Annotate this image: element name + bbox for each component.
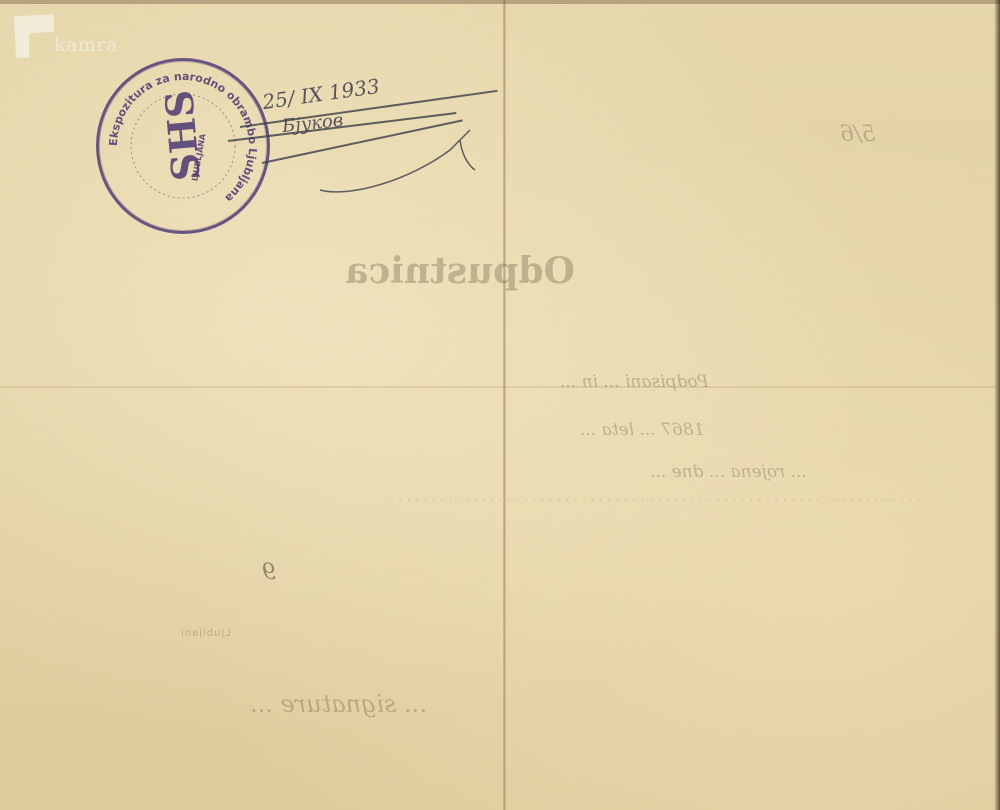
- vertical-fold-line: [503, 0, 506, 810]
- kamra-watermark: kamra: [14, 14, 74, 59]
- bleed-signature: ... signature ...: [250, 690, 427, 718]
- paper-top-edge: [0, 0, 1000, 4]
- bleed-place: Ljubljani: [180, 628, 231, 639]
- signature-flourish: [310, 120, 480, 200]
- kamra-logo-icon: [14, 14, 54, 58]
- paper-right-edge: [994, 0, 1000, 810]
- document-page: kamra 5/6 Odpustnica Podpisani ... in ..…: [0, 0, 1000, 810]
- official-stamp: Ekspozitura za narodno obrambo Ljubljana…: [96, 58, 270, 234]
- watermark-text: kamra: [54, 34, 118, 56]
- bleed-line-1: Podpisani ... in ...: [560, 372, 708, 392]
- reference-number: 5/6: [840, 122, 875, 147]
- document-title-bleed: Odpustnica: [345, 250, 575, 292]
- bleed-line-2: 1867 ... leta ...: [580, 420, 704, 440]
- bleed-line-3: ... rojena ... dne ...: [650, 462, 807, 482]
- bleed-printed-line: . . . . . . . . . . . . . . . . . . . . …: [60, 492, 920, 503]
- bleed-digit: 9: [262, 560, 276, 585]
- horizontal-fold-line: [0, 386, 1000, 388]
